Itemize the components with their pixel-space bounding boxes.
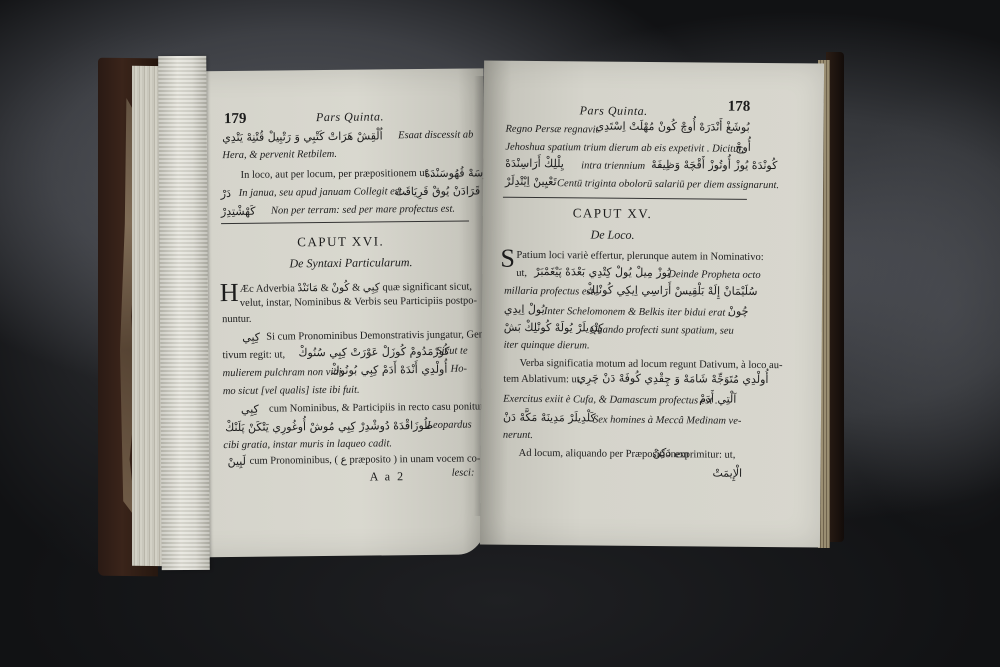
signature-mark: A a 2 xyxy=(370,469,405,484)
arabic-text: چُونْ xyxy=(728,305,749,318)
latin-text: Jehoshua spatium trium dierum ab eis exp… xyxy=(505,141,744,156)
body-text: velut, instar, Nominibus & Verbis seu Pa… xyxy=(240,294,477,309)
arabic-text: طُوزَاقْدَهْ دُوشْدِرْ كِبِي مُوشْ أُوغُ… xyxy=(225,419,433,434)
body-text: cum Pronominibus, ( ع præposito ) in una… xyxy=(249,452,480,467)
body-text: mo sicut [vel qualis] iste ibi fuit. xyxy=(223,384,360,398)
arabic-text: أُولْدِي أَنْدَهْ أَدَمْ كِبِي بُونُوكْ xyxy=(331,363,448,377)
arabic-text: دَكِنْ xyxy=(653,446,672,459)
chapter-title: De Loco. xyxy=(591,227,635,242)
page-number: 178 xyxy=(728,99,751,116)
arabic-text: تَعْيِينْ اِيْتْدِلَرْ xyxy=(505,175,557,188)
body-text: mulierem pulchram non vidi. xyxy=(223,366,345,380)
right-page: Pars Quinta. 178 Regno Persæ regnavit بُ… xyxy=(480,61,824,548)
drop-cap: S xyxy=(500,247,515,271)
arabic-text: كِبِي xyxy=(241,403,259,416)
body-text: iter quinque dierum. xyxy=(504,339,590,353)
latin-text: Regno Persæ regnavit xyxy=(505,123,598,137)
body-text: Patium loci variè effertur, plerunque au… xyxy=(516,249,763,264)
body-text: lesci: xyxy=(452,466,475,479)
latin-text: Esaat discessit ab xyxy=(398,128,473,142)
chapter-heading: CAPUT XV. xyxy=(573,205,653,222)
body-text: cibi gratia, instar muris in laqueo cadi… xyxy=(223,437,392,452)
latin-text: intra triennium xyxy=(581,159,645,173)
section-rule xyxy=(221,221,469,225)
arabic-text: كُونْدَهْ يُوزْ أُوتُوزْ أَقْچَهْ وَظِيف… xyxy=(651,158,777,172)
latin-text: Ho- xyxy=(451,363,467,376)
body-text: millaria profectus est. xyxy=(504,285,596,299)
arabic-text: كَلْدِيلَرْ مَدِينَهْ مَكَّهْ دَنْ xyxy=(503,411,596,425)
arabic-text: بُوشَغْ أَنْدَرَهْ أُوچْ كُونْ مُهْلَتْ … xyxy=(595,120,749,134)
arabic-text: الْإِيمَتْ xyxy=(712,467,742,480)
cloth-fold xyxy=(820,80,1000,540)
body-text: ut, xyxy=(516,267,527,280)
chapter-heading: CAPUT XVI. xyxy=(297,233,384,250)
body-text: nerunt. xyxy=(503,429,533,442)
arabic-text: يُولْ اِيدِي xyxy=(504,303,545,316)
latin-text: In janua, seu apud januam Collegit est . xyxy=(239,185,407,200)
latin-text: Non per terram: sed per mare profectus e… xyxy=(271,203,455,218)
running-head: Pars Quinta. xyxy=(316,109,384,125)
arabic-text: سُلَيْمَانْ إِلَهْ بَلْقِيسْ أَرَاسِي اِ… xyxy=(586,283,758,297)
arabic-text: كِتْدِيلَرْ يُولَهْ كُونْلِكْ بَشْ xyxy=(504,321,604,335)
arabic-text: اُلْقِشْ هَرَاتْ كَتْبِي وَ رَتْبِيلْ قُ… xyxy=(222,129,383,144)
body-text: tem Ablativum: ut, xyxy=(503,373,582,387)
arabic-text: لَيِينْ xyxy=(227,455,246,468)
body-text: Inter Schelomonem & Belkis iter bidui er… xyxy=(544,305,731,320)
left-page: 179 Pars Quinta. اُلْقِشْ هَرَاتْ كَتْبِ… xyxy=(165,68,488,557)
latin-text: In loco, aut per locum, per præpositione… xyxy=(240,167,432,182)
chapter-title: De Syntaxi Particularum. xyxy=(289,255,412,271)
arabic-text: آلْتِي أَدَمْ xyxy=(699,392,736,405)
ribbon-bookmark[interactable] xyxy=(158,56,210,570)
body-text: nuntur. xyxy=(222,313,252,326)
latin-text: Sicut te xyxy=(436,345,467,358)
body-text: Si cum Pronominibus Demonstrativis junga… xyxy=(266,328,490,343)
running-head: Pars Quinta. xyxy=(580,103,648,119)
arabic-text: يُوزْ مِيلْ يُولْ كِتْدِي بَعْدَهْ پَيْغ… xyxy=(534,265,670,279)
arabic-text: كِبِي xyxy=(242,331,260,344)
page-number: 179 xyxy=(224,111,247,128)
arabic-text: كَهْشْتِدِرْ xyxy=(221,205,256,218)
latin-text: Deinde Propheta octo xyxy=(668,268,760,282)
body-text: Verba significatia motum ad locum regunt… xyxy=(519,357,782,372)
arabic-text: أُولْدِي مُتَوَجِّهْ شَامَهْ وَ چِقْدِي … xyxy=(577,371,768,386)
body-text: exprimitur: ut, xyxy=(675,448,736,462)
body-text: Sex homines à Meccâ Medinam ve- xyxy=(593,413,742,427)
body-text: Quando profecti sunt spatium, seu xyxy=(590,323,734,337)
arabic-text: قَرَادَنْ يُوقْ قَرِيَاقَتْ xyxy=(395,184,481,198)
latin-text: Hera, & pervenit Retbilem. xyxy=(222,148,337,162)
body-text: Æc Adverbia كِبِي & كُونْ & مَانَنْدْ qu… xyxy=(240,280,472,295)
body-text: tivum regit: ut, xyxy=(222,348,285,362)
latin-text: Centū triginta obolorū salariū per diem … xyxy=(557,177,779,192)
latin-text: Leopardus xyxy=(427,418,472,431)
section-rule xyxy=(503,197,747,200)
body-text: Exercitus exiit è Cufa, & Damascum profe… xyxy=(503,393,718,408)
body-text: cum Nominibus, & Participiis in recto ca… xyxy=(269,400,500,415)
arabic-text: كُورْمَدُومْ كُوزَلْ عَوْرَتْ كِبِي سُنُ… xyxy=(298,345,449,360)
drop-cap: H xyxy=(220,281,239,305)
arabic-text: يِلْلِكْ أَرَاسِنْدَهْ xyxy=(505,157,564,171)
arabic-text: أُوچْ xyxy=(735,141,751,154)
arabic-text: دَرْ xyxy=(221,187,231,200)
